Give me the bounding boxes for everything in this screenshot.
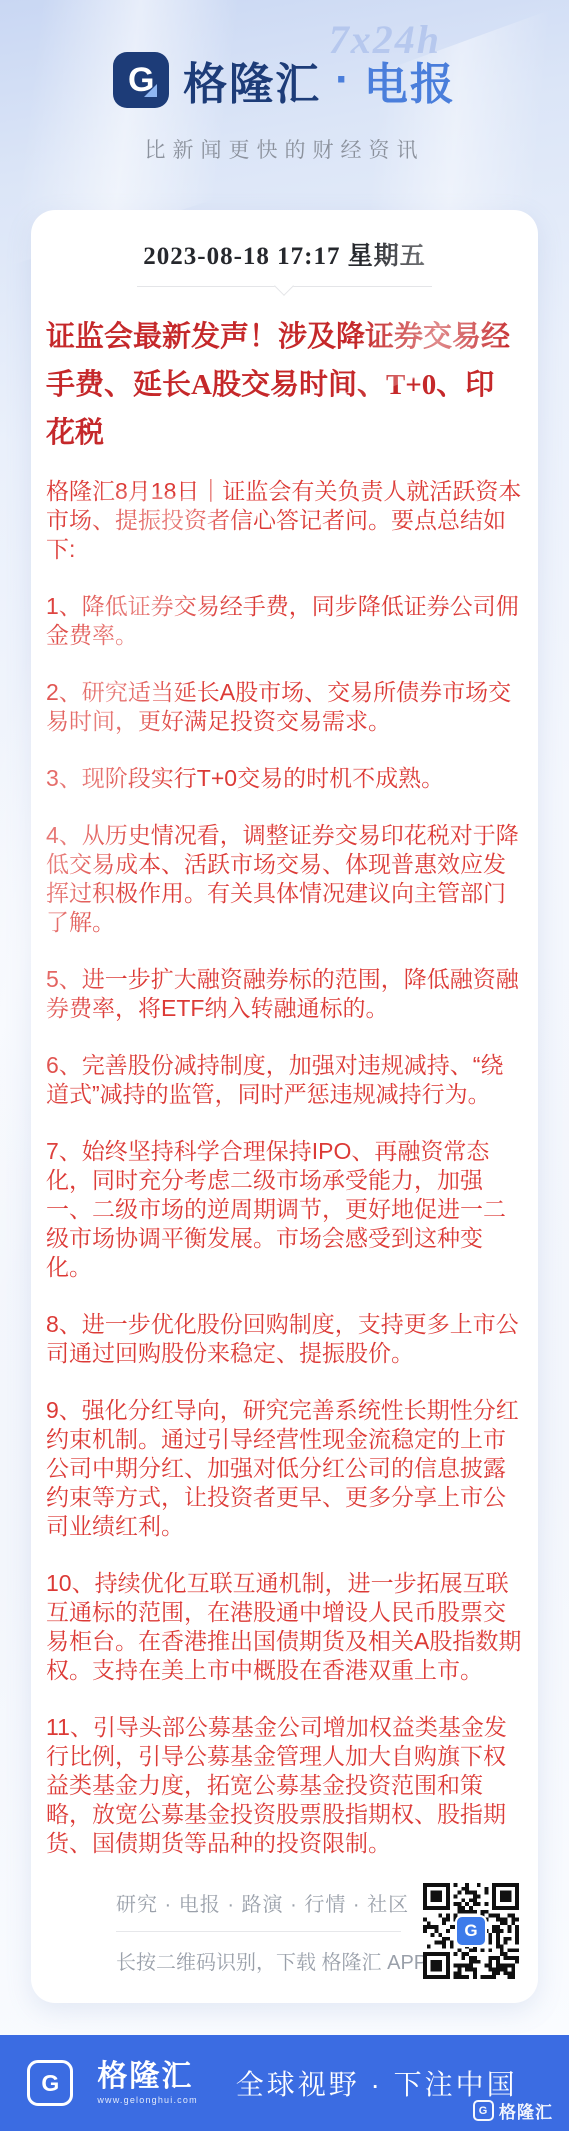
footer-text-block: 研究 · 电报 · 路演 · 行情 · 社区 长按二维码识别，下载 格隆汇 AP… (116, 1888, 401, 1975)
news-card: 2023-08-18 17:17 星期五 证监会最新发声！涉及降证券交易经手费、… (31, 210, 538, 2003)
gelonghui-logo-icon: G (113, 52, 169, 108)
article-point: 7、始终坚持科学合理保持IPO、再融资常态化，同时充分考虑二级市场承受能力，加强… (46, 1137, 523, 1282)
article-point: 4、从历史情况看，调整证券交易印花税对于降低交易成本、活跃市场交易、体现普惠效应… (46, 821, 523, 937)
article-point: 2、研究适当延长A股市场、交易所债券市场交易时间，更好满足投资交易需求。 (46, 678, 523, 736)
article-lead: 格隆汇8月18日｜证监会有关负责人就活跃资本市场、提振投资者信心答记者问。要点总… (46, 477, 523, 564)
qr-center-logo-icon: G (455, 1915, 487, 1947)
brand-logo: G 格隆汇 · 电报 (0, 48, 569, 112)
divider-notch (275, 276, 295, 296)
bottom-brand-block: 格隆汇 www.gelonghui.com (97, 2062, 197, 2105)
bottom-bar: G 格隆汇 www.gelonghui.com 全球视野 · 下注中国 G 格隆… (0, 2035, 569, 2131)
bottom-watermark: G 格隆汇 (473, 2098, 553, 2123)
article-point: 1、降低证券交易经手费，同步降低证券公司佣金费率。 (46, 592, 523, 650)
brand-name: 格隆汇 (183, 48, 321, 112)
qr-code[interactable]: G (423, 1883, 519, 1979)
footer-divider (116, 1931, 401, 1932)
watermark-logo-icon: G (473, 2100, 494, 2121)
bottom-site-url: www.gelonghui.com (97, 2096, 197, 2105)
qr-hint-text: 长按二维码识别，下载 格隆汇 APP (116, 1946, 401, 1975)
article-point: 11、引导头部公募基金公司增加权益类基金发行比例，引导公募基金管理人加大自购旗下… (46, 1713, 523, 1858)
bottom-brand-name: 格隆汇 (97, 2062, 197, 2092)
share-card-page: 7x24h G 格隆汇 · 电报 比新闻更快的财经资讯 2023-08-18 1… (0, 0, 569, 2131)
watermark-brand-name: 格隆汇 (499, 2098, 553, 2123)
article-point: 10、持续优化互联互通机制，进一步拓展互联互通标的范围，在港股通中增设人民币股票… (46, 1569, 523, 1685)
bottom-bar-brand-row: G 格隆汇 www.gelonghui.com 全球视野 · 下注中国 (27, 2060, 517, 2106)
brand-tagline: 比新闻更快的财经资讯 (0, 134, 569, 164)
publish-datetime: 2023-08-18 17:17 星期五 (46, 236, 523, 272)
brand-separator-dot: · (335, 55, 350, 105)
article-title: 证监会最新发声！涉及降证券交易经手费、延长A股交易时间、T+0、印花税 (46, 313, 523, 457)
product-name: 电报 (364, 48, 456, 112)
bottom-slogan: 全球视野 · 下注中国 (236, 2063, 518, 2103)
article-point: 9、强化分红导向，研究完善系统性长期性分红约束机制。通过引导经营性现金流稳定的上… (46, 1396, 523, 1541)
article-point: 8、进一步优化股份回购制度，支持更多上市公司通过回购股份来稳定、提振股价。 (46, 1310, 523, 1368)
article-point: 5、进一步扩大融资融券标的范围，降低融资融券费率，将ETF纳入转融通标的。 (46, 965, 523, 1023)
article-point: 6、完善股份减持制度，加强对违规减持、“绕道式”减持的监管，同时严惩违规减持行为… (46, 1051, 523, 1109)
footer-nav-links: 研究 · 电报 · 路演 · 行情 · 社区 (116, 1888, 401, 1917)
date-divider (137, 286, 433, 287)
article-points: 1、降低证券交易经手费，同步降低证券公司佣金费率。2、研究适当延长A股市场、交易… (46, 592, 523, 1858)
article-point: 3、现阶段实行T+0交易的时机不成熟。 (46, 764, 523, 793)
header: 7x24h G 格隆汇 · 电报 比新闻更快的财经资讯 (0, 0, 569, 210)
gelonghui-outline-logo-icon: G (27, 2060, 73, 2106)
card-footer: 研究 · 电报 · 路演 · 行情 · 社区 长按二维码识别，下载 格隆汇 AP… (46, 1873, 523, 1983)
